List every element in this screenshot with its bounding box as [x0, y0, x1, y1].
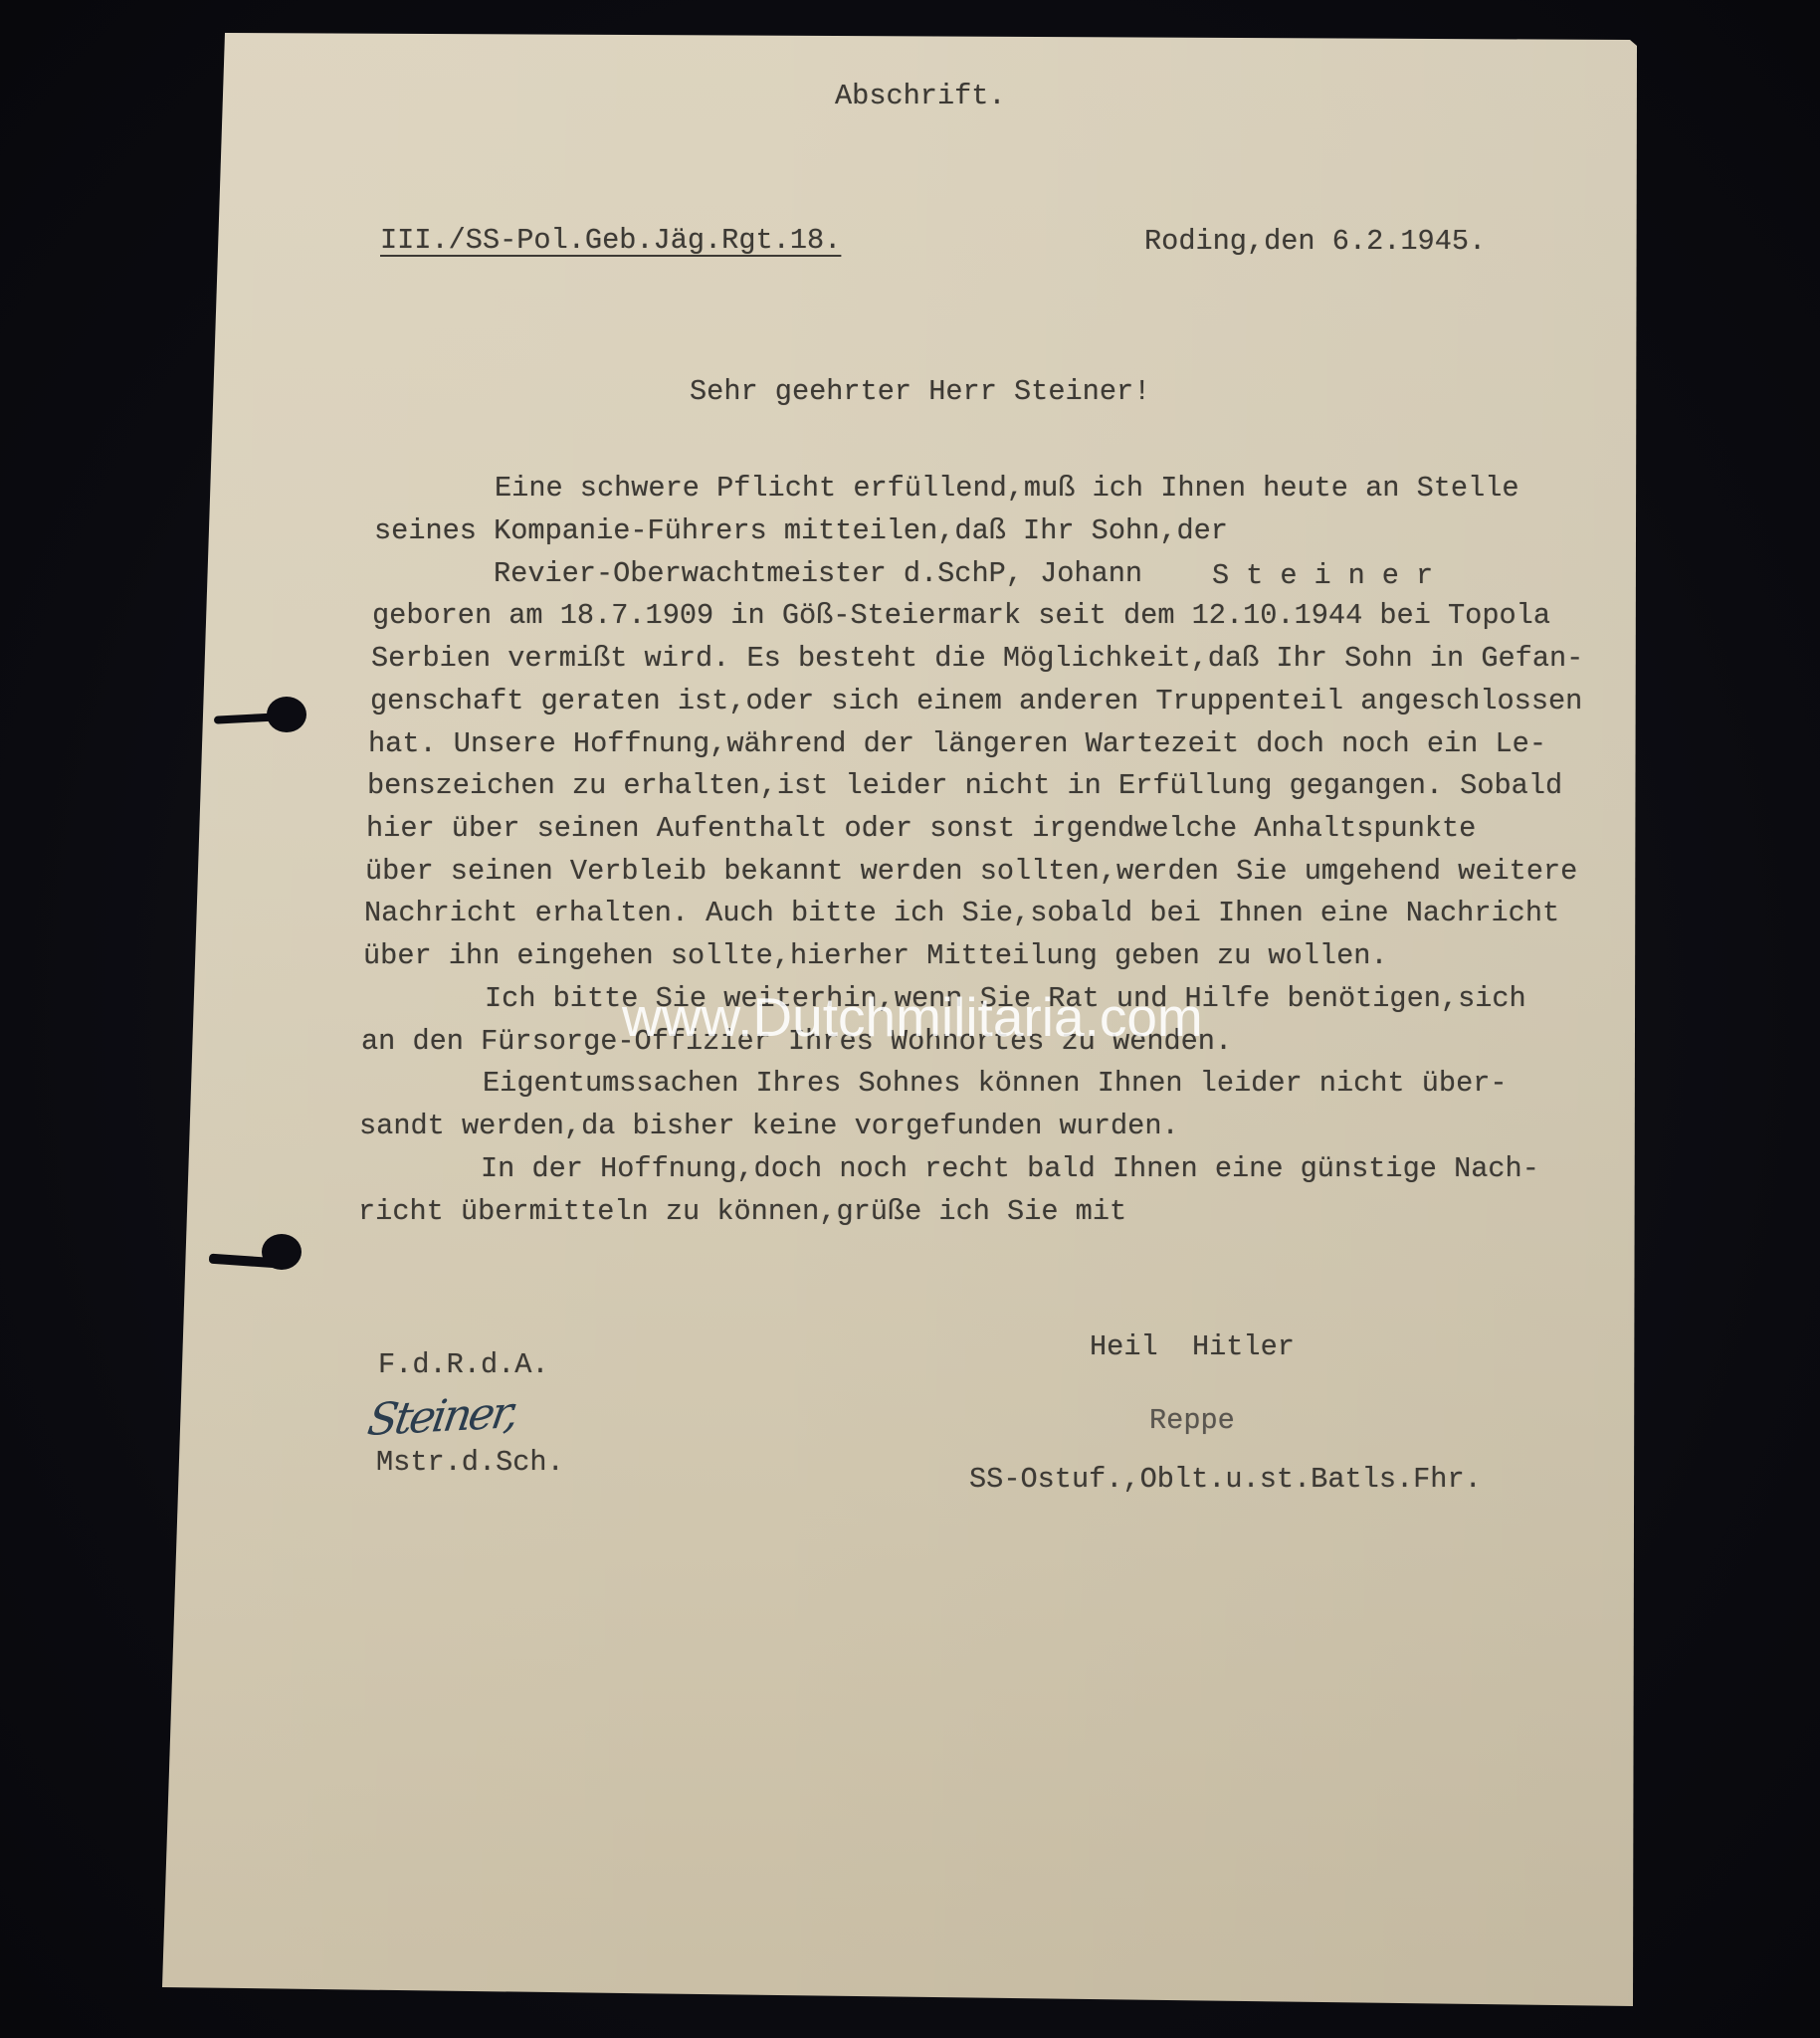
binding-hole-top	[267, 697, 306, 732]
salutation: Sehr geehrter Herr Steiner!	[690, 375, 1150, 409]
binding-hole-bottom	[262, 1234, 302, 1270]
body-line: Eine schwere Pflicht erfüllend,muß ich I…	[495, 472, 1519, 506]
place-date: Roding,den 6.2.1945.	[1144, 225, 1486, 259]
signer-title: SS-Ostuf.,Oblt.u.st.Batls.Fhr.	[969, 1463, 1482, 1497]
body-line: Serbien vermißt wird. Es besteht die Mög…	[371, 642, 1583, 676]
certifier-title: Mstr.d.Sch.	[376, 1446, 564, 1480]
body-line: richt übermitteln zu können,grüße ich Si…	[358, 1195, 1126, 1229]
document-heading: Abschrift.	[835, 80, 1006, 113]
body-line: über seinen Verbleib bekannt werden soll…	[365, 855, 1577, 889]
body-line: In der Hoffnung,doch noch recht bald Ihn…	[481, 1152, 1539, 1186]
body-line: genschaft geraten ist,oder sich einem an…	[370, 685, 1582, 718]
body-line: seines Kompanie-Führers mitteilen,daß Ih…	[374, 514, 1228, 548]
body-line: Nachricht erhalten. Auch bitte ich Sie,s…	[364, 897, 1559, 930]
spaced-surname: Steiner	[1212, 559, 1450, 593]
sender-unit: III./SS-Pol.Geb.Jäg.Rgt.18.	[380, 224, 841, 258]
signer-name: Reppe	[1149, 1404, 1235, 1438]
body-line: über ihn eingehen sollte,hierher Mitteil…	[363, 939, 1388, 973]
body-line: hier über seinen Aufenthalt oder sonst i…	[366, 812, 1476, 846]
handwritten-signature: Steiner,	[364, 1387, 519, 1446]
body-line: sandt werden,da bisher keine vorgefunden…	[359, 1110, 1179, 1143]
body-line: Revier-Oberwachtmeister d.SchP, Johann	[494, 557, 1142, 591]
body-line: geboren am 18.7.1909 in Göß-Steiermark s…	[372, 599, 1550, 633]
body-line: Eigentumssachen Ihres Sohnes können Ihne…	[483, 1067, 1508, 1101]
certification-mark: F.d.R.d.A.	[378, 1348, 549, 1382]
body-line: benszeichen zu erhalten,ist leider nicht…	[367, 769, 1562, 803]
closing-greeting: Heil Hitler	[1090, 1330, 1295, 1364]
watermark: www.Dutchmilitaria.com	[622, 985, 1203, 1049]
body-line: hat. Unsere Hoffnung,während der längere…	[368, 727, 1546, 761]
